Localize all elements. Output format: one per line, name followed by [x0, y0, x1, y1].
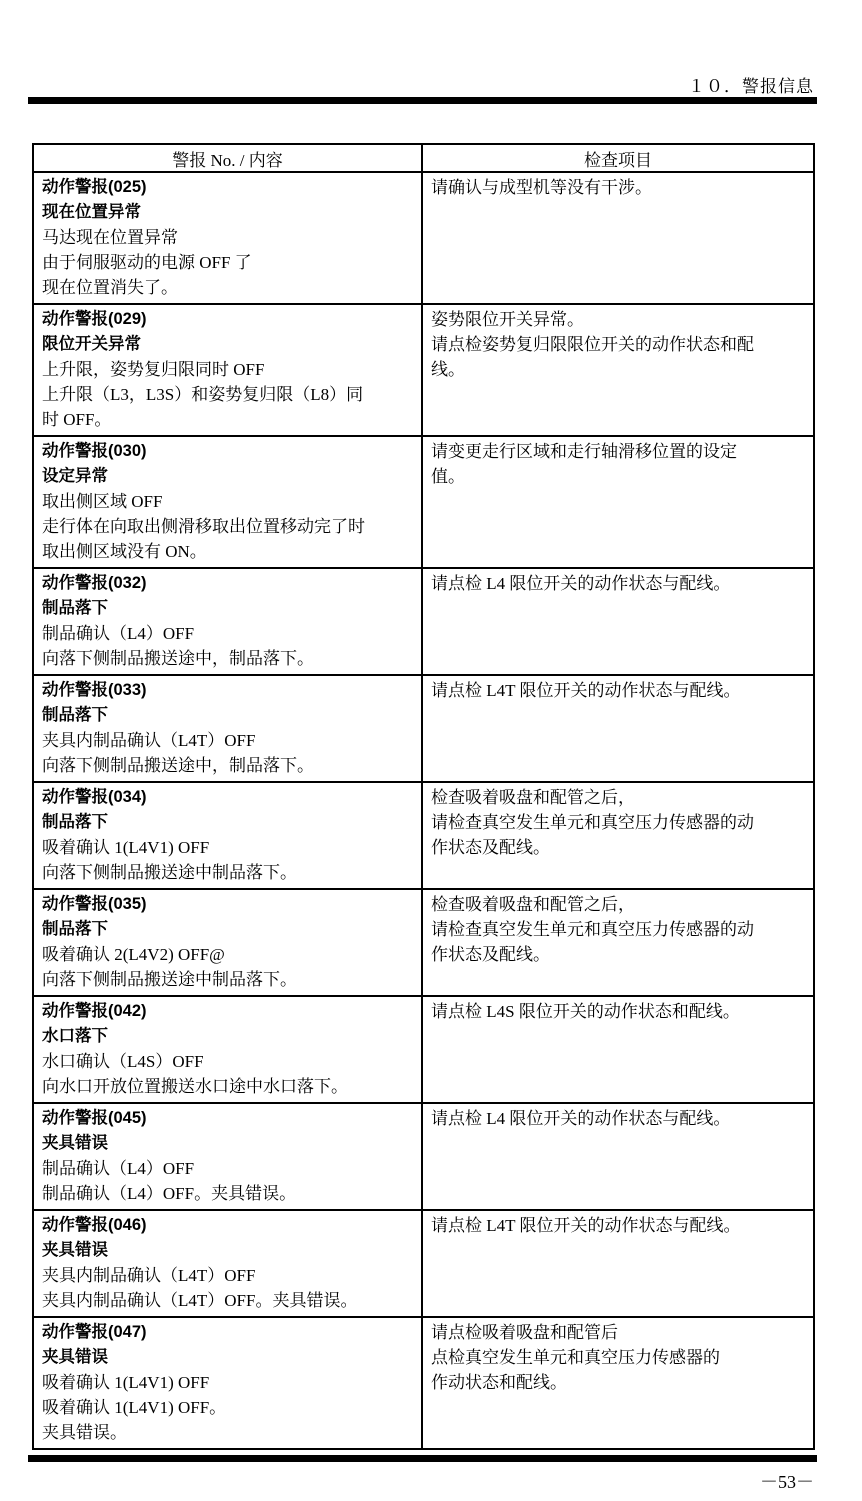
alarm-number: 动作警报(032): [42, 571, 413, 596]
alarm-number: 动作警报(034): [42, 785, 413, 810]
check-line: 线。: [431, 357, 805, 382]
alarm-title: 制品落下: [42, 703, 413, 728]
alarm-content-cell: 动作警报(047) 夹具错误 吸着确认 1(L4V1) OFF吸着确认 1(L4…: [33, 1317, 422, 1449]
alarm-number: 动作警报(047): [42, 1320, 413, 1345]
alarm-description: 马达现在位置异常由于伺服驱动的电源 OFF 了现在位置消失了。: [42, 225, 413, 300]
check-items-cell: 姿势限位开关异常。请点检姿势复归限限位开关的动作状态和配线。: [422, 304, 814, 436]
alarm-number: 动作警报(035): [42, 892, 413, 917]
description-line: 向落下侧制品搬送途中，制品落下。: [42, 753, 413, 778]
check-line: 作动状态和配线。: [431, 1370, 805, 1395]
check-items-cell: 请变更走行区域和走行轴滑移位置的设定值。: [422, 436, 814, 568]
alarm-description: 夹具内制品确认（L4T）OFF向落下侧制品搬送途中，制品落下。: [42, 728, 413, 778]
check-line: 作状态及配线。: [431, 835, 805, 860]
table-header-row: 警报 No. / 内容 检查项目: [33, 144, 814, 172]
description-line: 水口确认（L4S）OFF: [42, 1049, 413, 1074]
check-items-cell: 请点检 L4 限位开关的动作状态与配线。: [422, 568, 814, 675]
alarm-content-cell: 动作警报(030) 设定异常 取出侧区域 OFF走行体在向取出侧滑移取出位置移动…: [33, 436, 422, 568]
check-items: 请点检 L4 限位开关的动作状态与配线。: [431, 571, 805, 596]
table-row: 动作警报(042) 水口落下 水口确认（L4S）OFF向水口开放位置搬送水口途中…: [33, 996, 814, 1103]
check-items: 请确认与成型机等没有干涉。: [431, 175, 805, 200]
description-line: 制品确认（L4）OFF: [42, 1156, 413, 1181]
check-items: 请点检吸着吸盘和配管后点检真空发生单元和真空压力传感器的作动状态和配线。: [431, 1320, 805, 1395]
alarm-table-body: 动作警报(025) 现在位置异常 马达现在位置异常由于伺服驱动的电源 OFF 了…: [33, 172, 814, 1449]
description-line: 时 OFF。: [42, 407, 413, 432]
alarm-description: 上升限，姿势复归限同时 OFF上升限（L3，L3S）和姿势复归限（L8）同时 O…: [42, 357, 413, 432]
description-line: 上升限（L3，L3S）和姿势复归限（L8）同: [42, 382, 413, 407]
alarm-title: 夹具错误: [42, 1238, 413, 1263]
table-row: 动作警报(029) 限位开关异常 上升限，姿势复归限同时 OFF上升限（L3，L…: [33, 304, 814, 436]
table-row: 动作警报(033) 制品落下 夹具内制品确认（L4T）OFF向落下侧制品搬送途中…: [33, 675, 814, 782]
table-row: 动作警报(032) 制品落下 制品确认（L4）OFF向落下侧制品搬送途中，制品落…: [33, 568, 814, 675]
alarm-content-cell: 动作警报(035) 制品落下 吸着确认 2(L4V2) OFF@向落下侧制品搬送…: [33, 889, 422, 996]
alarm-title: 水口落下: [42, 1024, 413, 1049]
description-line: 吸着确认 1(L4V1) OFF。: [42, 1395, 413, 1420]
table-row: 动作警报(034) 制品落下 吸着确认 1(L4V1) OFF向落下侧制品搬送途…: [33, 782, 814, 889]
column-header-alarm-no-content: 警报 No. / 内容: [33, 144, 422, 172]
alarm-description: 取出侧区域 OFF走行体在向取出侧滑移取出位置移动完了时取出侧区域没有 ON。: [42, 489, 413, 564]
alarm-description: 夹具内制品确认（L4T）OFF夹具内制品确认（L4T）OFF。夹具错误。: [42, 1263, 413, 1313]
check-items: 姿势限位开关异常。请点检姿势复归限限位开关的动作状态和配线。: [431, 307, 805, 382]
check-line: 请确认与成型机等没有干涉。: [431, 175, 805, 200]
check-items-cell: 请点检 L4 限位开关的动作状态与配线。: [422, 1103, 814, 1210]
description-line: 向水口开放位置搬送水口途中水口落下。: [42, 1074, 413, 1099]
alarm-content-cell: 动作警报(025) 现在位置异常 马达现在位置异常由于伺服驱动的电源 OFF 了…: [33, 172, 422, 304]
column-header-check-items: 检查项目: [422, 144, 814, 172]
alarm-number: 动作警报(046): [42, 1213, 413, 1238]
alarm-description: 吸着确认 1(L4V1) OFF吸着确认 1(L4V1) OFF。夹具错误。: [42, 1370, 413, 1445]
description-line: 吸着确认 1(L4V1) OFF: [42, 835, 413, 860]
check-line: 姿势限位开关异常。: [431, 307, 805, 332]
description-line: 向落下侧制品搬送途中制品落下。: [42, 860, 413, 885]
description-line: 马达现在位置异常: [42, 225, 413, 250]
check-items-cell: 请点检 L4S 限位开关的动作状态和配线。: [422, 996, 814, 1103]
table-row: 动作警报(045) 夹具错误 制品确认（L4）OFF制品确认（L4）OFF。夹具…: [33, 1103, 814, 1210]
alarm-title: 夹具错误: [42, 1345, 413, 1370]
alarm-number: 动作警报(033): [42, 678, 413, 703]
description-line: 制品确认（L4）OFF。夹具错误。: [42, 1181, 413, 1206]
alarm-content-cell: 动作警报(034) 制品落下 吸着确认 1(L4V1) OFF向落下侧制品搬送途…: [33, 782, 422, 889]
alarm-description: 制品确认（L4）OFF向落下侧制品搬送途中，制品落下。: [42, 621, 413, 671]
alarm-title: 设定异常: [42, 464, 413, 489]
alarm-content-cell: 动作警报(042) 水口落下 水口确认（L4S）OFF向水口开放位置搬送水口途中…: [33, 996, 422, 1103]
description-line: 向落下侧制品搬送途中，制品落下。: [42, 646, 413, 671]
check-items-cell: 请确认与成型机等没有干涉。: [422, 172, 814, 304]
description-line: 吸着确认 1(L4V1) OFF: [42, 1370, 413, 1395]
alarm-title: 制品落下: [42, 596, 413, 621]
page-header-title: １０．警报信息: [688, 72, 814, 97]
description-line: 现在位置消失了。: [42, 275, 413, 300]
check-items: 请变更走行区域和走行轴滑移位置的设定值。: [431, 439, 805, 489]
description-line: 夹具错误。: [42, 1420, 413, 1445]
table-row: 动作警报(047) 夹具错误 吸着确认 1(L4V1) OFF吸着确认 1(L4…: [33, 1317, 814, 1449]
alarm-description: 制品确认（L4）OFF制品确认（L4）OFF。夹具错误。: [42, 1156, 413, 1206]
alarm-title: 制品落下: [42, 810, 413, 835]
description-line: 夹具内制品确认（L4T）OFF: [42, 728, 413, 753]
alarm-number: 动作警报(025): [42, 175, 413, 200]
description-line: 走行体在向取出侧滑移取出位置移动完了时: [42, 514, 413, 539]
check-line: 请点检 L4T 限位开关的动作状态与配线。: [431, 678, 805, 703]
alarm-content-cell: 动作警报(029) 限位开关异常 上升限，姿势复归限同时 OFF上升限（L3，L…: [33, 304, 422, 436]
description-line: 夹具内制品确认（L4T）OFF。夹具错误。: [42, 1288, 413, 1313]
check-line: 请检查真空发生单元和真空压力传感器的动: [431, 810, 805, 835]
check-line: 检查吸着吸盘和配管之后，: [431, 785, 805, 810]
check-line: 请点检姿势复归限限位开关的动作状态和配: [431, 332, 805, 357]
alarm-number: 动作警报(045): [42, 1106, 413, 1131]
alarm-content-cell: 动作警报(033) 制品落下 夹具内制品确认（L4T）OFF向落下侧制品搬送途中…: [33, 675, 422, 782]
alarm-content-cell: 动作警报(046) 夹具错误 夹具内制品确认（L4T）OFF夹具内制品确认（L4…: [33, 1210, 422, 1317]
document-page: １０．警报信息 警报 No. / 内容 检查项目 动作警报(025) 现在位置异…: [0, 0, 862, 1501]
check-items-cell: 检查吸着吸盘和配管之后，请检查真空发生单元和真空压力传感器的动作状态及配线。: [422, 782, 814, 889]
check-items: 请点检 L4T 限位开关的动作状态与配线。: [431, 678, 805, 703]
description-line: 向落下侧制品搬送途中制品落下。: [42, 967, 413, 992]
check-items: 检查吸着吸盘和配管之后，请检查真空发生单元和真空压力传感器的动作状态及配线。: [431, 785, 805, 860]
check-line: 值。: [431, 464, 805, 489]
check-items-cell: 请点检吸着吸盘和配管后点检真空发生单元和真空压力传感器的作动状态和配线。: [422, 1317, 814, 1449]
alarm-number: 动作警报(029): [42, 307, 413, 332]
alarm-description: 吸着确认 1(L4V1) OFF向落下侧制品搬送途中制品落下。: [42, 835, 413, 885]
description-line: 上升限，姿势复归限同时 OFF: [42, 357, 413, 382]
check-items: 请点检 L4 限位开关的动作状态与配线。: [431, 1106, 805, 1131]
check-line: 请点检 L4S 限位开关的动作状态和配线。: [431, 999, 805, 1024]
check-line: 点检真空发生单元和真空压力传感器的: [431, 1345, 805, 1370]
description-line: 制品确认（L4）OFF: [42, 621, 413, 646]
check-line: 请检查真空发生单元和真空压力传感器的动: [431, 917, 805, 942]
check-items-cell: 检查吸着吸盘和配管之后，请检查真空发生单元和真空压力传感器的动作状态及配线。: [422, 889, 814, 996]
alarm-table: 警报 No. / 内容 检查项目 动作警报(025) 现在位置异常 马达现在位置…: [32, 143, 815, 1450]
table-row: 动作警报(030) 设定异常 取出侧区域 OFF走行体在向取出侧滑移取出位置移动…: [33, 436, 814, 568]
table-row: 动作警报(025) 现在位置异常 马达现在位置异常由于伺服驱动的电源 OFF 了…: [33, 172, 814, 304]
alarm-description: 水口确认（L4S）OFF向水口开放位置搬送水口途中水口落下。: [42, 1049, 413, 1099]
description-line: 取出侧区域没有 ON。: [42, 539, 413, 564]
description-line: 由于伺服驱动的电源 OFF 了: [42, 250, 413, 275]
alarm-title: 夹具错误: [42, 1131, 413, 1156]
description-line: 吸着确认 2(L4V2) OFF@: [42, 942, 413, 967]
alarm-title: 限位开关异常: [42, 332, 413, 357]
check-items-cell: 请点检 L4T 限位开关的动作状态与配线。: [422, 1210, 814, 1317]
check-line: 作状态及配线。: [431, 942, 805, 967]
alarm-title: 现在位置异常: [42, 200, 413, 225]
check-line: 请点检吸着吸盘和配管后: [431, 1320, 805, 1345]
check-line: 请点检 L4 限位开关的动作状态与配线。: [431, 571, 805, 596]
check-items: 检查吸着吸盘和配管之后，请检查真空发生单元和真空压力传感器的动作状态及配线。: [431, 892, 805, 967]
description-line: 取出侧区域 OFF: [42, 489, 413, 514]
page-number: －53－: [760, 1468, 814, 1494]
check-items: 请点检 L4S 限位开关的动作状态和配线。: [431, 999, 805, 1024]
alarm-number: 动作警报(042): [42, 999, 413, 1024]
check-items-cell: 请点检 L4T 限位开关的动作状态与配线。: [422, 675, 814, 782]
table-row: 动作警报(046) 夹具错误 夹具内制品确认（L4T）OFF夹具内制品确认（L4…: [33, 1210, 814, 1317]
description-line: 夹具内制品确认（L4T）OFF: [42, 1263, 413, 1288]
alarm-title: 制品落下: [42, 917, 413, 942]
alarm-content-cell: 动作警报(045) 夹具错误 制品确认（L4）OFF制品确认（L4）OFF。夹具…: [33, 1103, 422, 1210]
check-line: 请变更走行区域和走行轴滑移位置的设定: [431, 439, 805, 464]
check-line: 请点检 L4T 限位开关的动作状态与配线。: [431, 1213, 805, 1238]
check-line: 检查吸着吸盘和配管之后，: [431, 892, 805, 917]
table-row: 动作警报(035) 制品落下 吸着确认 2(L4V2) OFF@向落下侧制品搬送…: [33, 889, 814, 996]
alarm-description: 吸着确认 2(L4V2) OFF@向落下侧制品搬送途中制品落下。: [42, 942, 413, 992]
check-line: 请点检 L4 限位开关的动作状态与配线。: [431, 1106, 805, 1131]
header-rule: [28, 97, 817, 104]
alarm-number: 动作警报(030): [42, 439, 413, 464]
check-items: 请点检 L4T 限位开关的动作状态与配线。: [431, 1213, 805, 1238]
footer-rule: [28, 1455, 817, 1462]
alarm-content-cell: 动作警报(032) 制品落下 制品确认（L4）OFF向落下侧制品搬送途中，制品落…: [33, 568, 422, 675]
